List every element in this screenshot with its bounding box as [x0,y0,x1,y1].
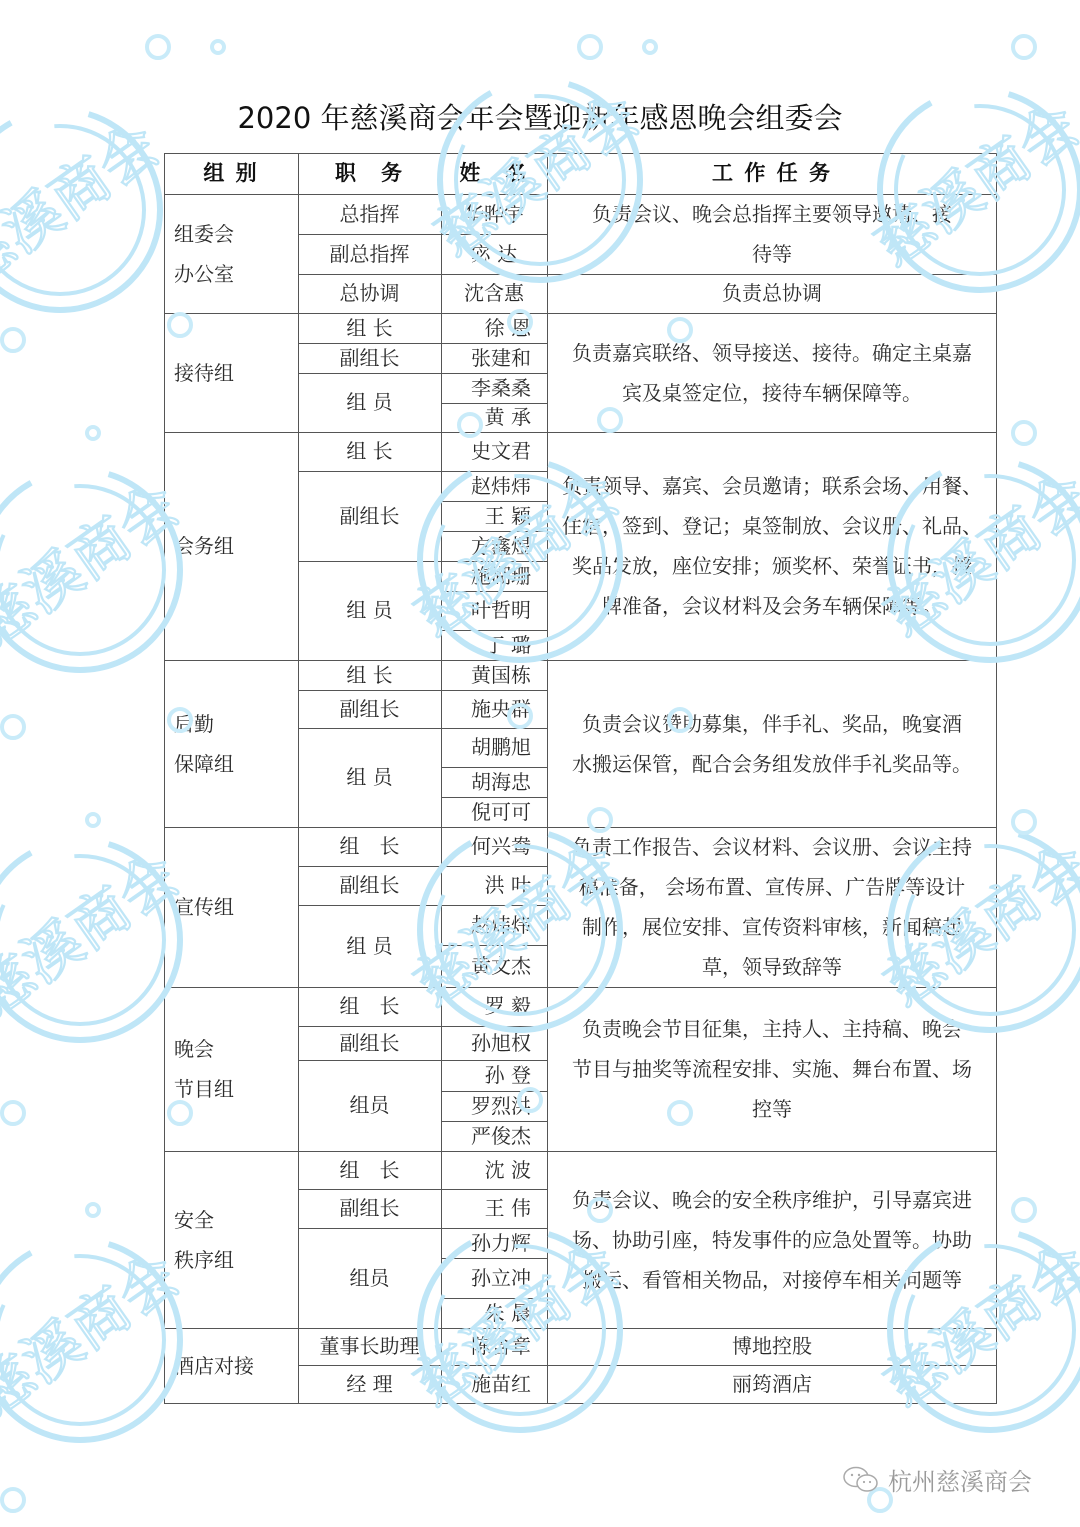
role-cell: 组 长 [298,432,441,471]
name-cell: 孙力辉 [441,1228,547,1258]
role-cell: 经 理 [298,1365,441,1403]
header-group: 组 别 [164,153,298,194]
group-label: 接待组 [164,313,298,432]
role-cell: 副组长 [298,690,441,728]
name-cell: 胡鹏旭 [441,728,547,767]
task-cell: 负责工作报告、会议材料、会议册、会议主持 稿准备， 会场布置、宣传屏、广告牌等设… [547,827,997,987]
task-cell: 博地控股 [547,1328,997,1365]
group-label: 晚会 节目组 [164,987,298,1151]
header-role: 职 务 [298,153,441,194]
group-label: 宣传组 [164,827,298,987]
name-cell: 华晔宇 [441,194,547,234]
footer-account-name: 杭州慈溪商会 [888,1462,1032,1497]
role-cell: 组 员 [298,905,441,987]
name-cell: 史文君 [441,432,547,471]
role-cell: 组 员 [298,373,441,432]
role-cell: 总指挥 [298,194,441,234]
name-cell: 洪 叶 [441,866,547,905]
task-cell: 负责晚会节目征集，主持人、主持稿、晚会 节目与抽奖等流程安排、实施、舞台布置、场… [547,987,997,1151]
role-cell: 组 员 [298,561,441,660]
name-cell: 赵炜炜 [441,905,547,945]
role-cell: 副组长 [298,1026,441,1060]
name-cell: 何兴鸯 [441,827,547,866]
name-cell: 叶哲明 [441,591,547,630]
role-cell: 副组长 [298,866,441,905]
role-cell: 副组长 [298,471,441,561]
header-name: 姓 名 [441,153,547,194]
role-cell: 组 长 [298,987,441,1026]
header-task: 工 作 任 务 [547,153,997,194]
footer-brand: 杭州慈溪商会 [842,1462,1032,1497]
task-cell: 负责总协调 [547,274,997,313]
task-cell: 负责会议、晚会总指挥主要领导邀请、接 待等 [547,194,997,274]
name-cell: 陈含章 [441,1328,547,1365]
name-cell: 黄 承 [441,403,547,432]
role-cell: 组 员 [298,728,441,827]
name-cell: 黄国栋 [441,660,547,690]
group-label: 后勤 保障组 [164,660,298,827]
role-cell: 组员 [298,1060,441,1151]
name-cell: 王 伟 [441,1189,547,1228]
watermark-stamp [0,470,191,670]
role-cell: 董事长助理 [298,1328,441,1365]
task-cell: 丽筠酒店 [547,1365,997,1403]
role-cell: 组 长 [298,827,441,866]
task-cell: 负责领导、嘉宾、会员邀请；联系会场、用餐、 住宿，签到、登记；桌签制放、会议册、… [547,432,997,660]
name-cell: 施苗红 [441,1365,547,1403]
role-cell: 组 长 [298,660,441,690]
task-cell: 负责会议、晚会的安全秩序维护，引导嘉宾进 场、协助引座，特发事件的应急处置等。协… [547,1151,997,1328]
role-cell: 组员 [298,1228,441,1328]
name-cell: 罗 毅 [441,987,547,1026]
name-cell: 孙旭权 [441,1026,547,1060]
name-cell: 朱 晨 [441,1298,547,1328]
name-cell: 沈含惠 [441,274,547,313]
role-cell: 副组长 [298,343,441,373]
committee-table: 组 别 职 务 姓 名 工 作 任 务 组委会 办公室 总指挥 华晔宇 副总指挥… [164,153,997,1404]
document-title: 2020 年慈溪商会年会暨迎新年感恩晚会组委会 [0,96,1080,137]
role-cell: 组 长 [298,1151,441,1189]
name-cell: 施央群 [441,690,547,728]
role-cell: 副总指挥 [298,234,441,274]
task-cell: 负责会议赞助募集，伴手礼、奖品，晚宴酒 水搬运保管，配合会务组发放伴手礼奖品等。 [547,660,997,827]
group-label: 组委会 办公室 [164,194,298,313]
group-label: 安全 秩序组 [164,1151,298,1328]
name-cell: 倪可可 [441,797,547,827]
watermark-stamp [0,110,171,310]
name-cell: 黄文杰 [441,945,547,987]
name-cell: 严俊杰 [441,1121,547,1151]
task-cell: 负责嘉宾联络、领导接送、接待。确定主桌嘉 宾及桌签定位，接待车辆保障等。 [547,313,997,432]
wechat-icon [842,1465,882,1495]
name-cell: 宓 达 [441,234,547,274]
name-cell: 施湖珊 [441,561,547,591]
watermark-stamp [0,1240,191,1440]
group-label: 酒店对接 [164,1328,298,1404]
watermark-stamp [0,840,191,1040]
group-label: 会务组 [164,432,298,660]
name-cell: 孙立冲 [441,1258,547,1298]
role-cell: 副组长 [298,1189,441,1228]
role-cell: 总协调 [298,274,441,313]
name-cell: 沈 波 [441,1151,547,1189]
